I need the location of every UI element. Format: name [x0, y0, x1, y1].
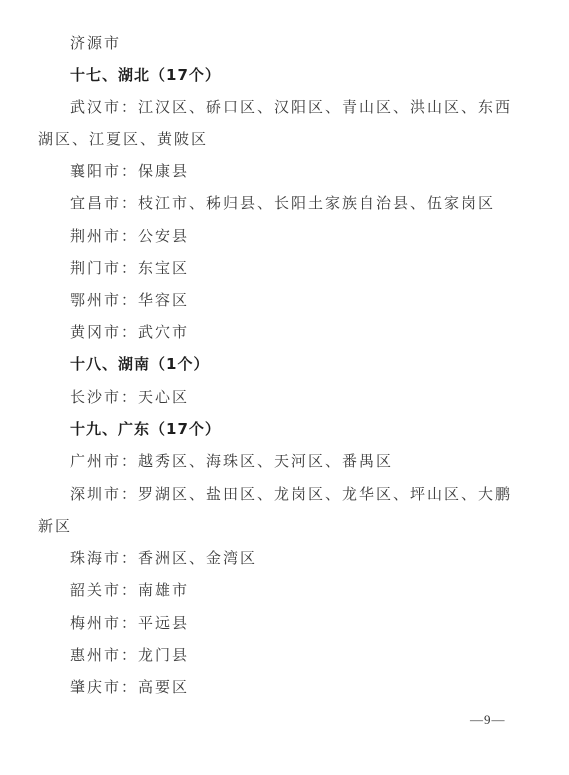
- city-line-guangzhou: 广州市：越秀区、海珠区、天河区、番禺区: [70, 451, 393, 471]
- city-line-huanggang: 黄冈市：武穴市: [70, 322, 189, 342]
- city-line-meizhou: 梅州市：平远县: [70, 613, 189, 633]
- city-line-shenzhen: 深圳市：罗湖区、盐田区、龙岗区、龙华区、坪山区、大鹏: [70, 484, 512, 504]
- city-line-wuhan: 武汉市：江汉区、硚口区、汉阳区、青山区、洪山区、东西: [70, 97, 512, 117]
- city-line-zhuhai: 珠海市：香洲区、金湾区: [70, 548, 257, 568]
- city-line-xiangyang: 襄阳市：保康县: [70, 161, 189, 181]
- city-line-jingmen: 荆门市：东宝区: [70, 258, 189, 278]
- city-line-ezhou: 鄂州市：华容区: [70, 290, 189, 310]
- page-number: —9—: [470, 712, 506, 728]
- city-line-huizhou: 惠州市：龙门县: [70, 645, 189, 665]
- section-heading-guangdong: 十九、广东（17个）: [70, 419, 221, 439]
- city-line-shaoguan: 韶关市：南雄市: [70, 580, 189, 600]
- city-line-jingzhou: 荆州市：公安县: [70, 226, 189, 246]
- city-line-shenzhen-continued: 新区: [38, 516, 72, 536]
- city-line-zhaoqing: 肇庆市：高要区: [70, 677, 189, 697]
- city-line-yichang: 宜昌市：枝江市、秭归县、长阳土家族自治县、伍家岗区: [70, 193, 495, 213]
- section-heading-hubei: 十七、湖北（17个）: [70, 65, 221, 85]
- section-heading-hunan: 十八、湖南（1个）: [70, 354, 209, 374]
- city-line-changsha: 长沙市：天心区: [70, 387, 189, 407]
- city-line-wuhan-continued: 湖区、江夏区、黄陂区: [38, 129, 208, 149]
- city-line-jiyuan: 济源市: [70, 33, 121, 53]
